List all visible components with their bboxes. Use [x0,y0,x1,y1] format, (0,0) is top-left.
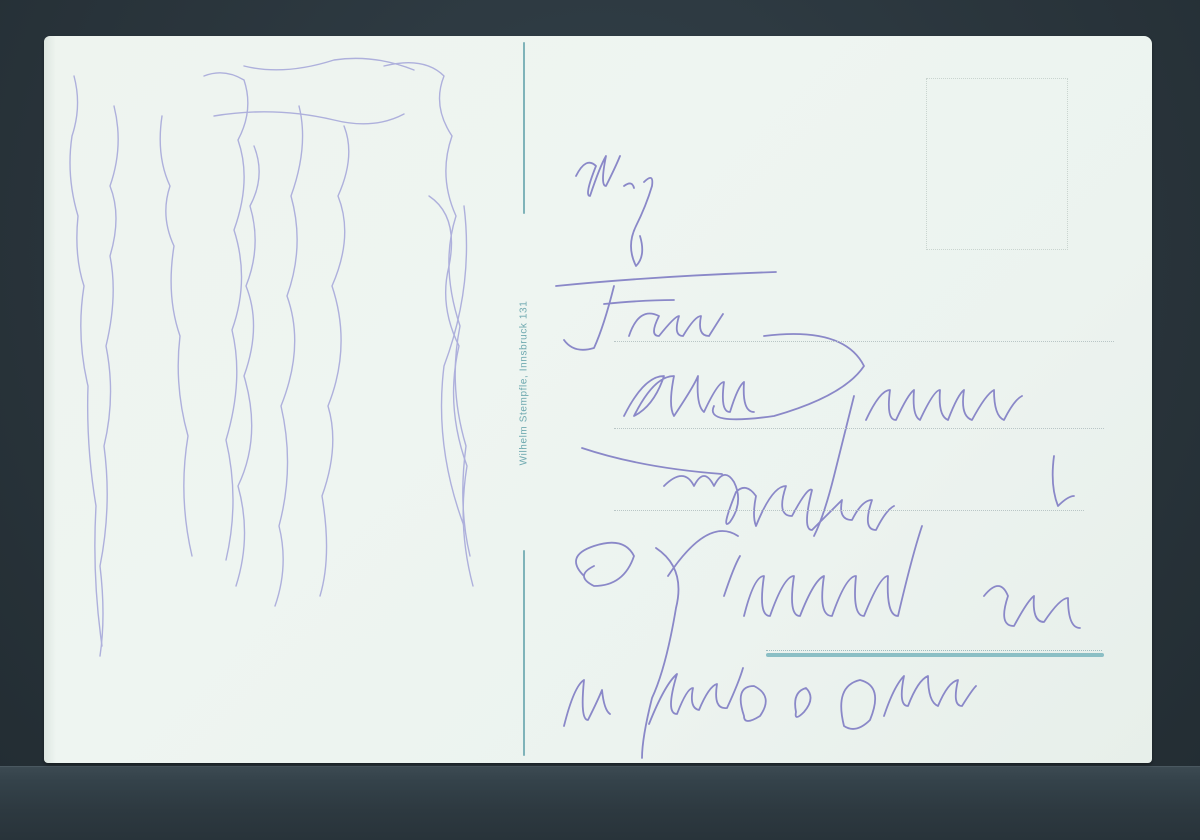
message-handwriting [70,58,473,656]
address-line-4 [766,650,1102,651]
center-divider-line-top [523,42,525,214]
center-divider-line-bottom [523,550,525,756]
address-line-1 [614,341,1114,342]
address-line-3 [614,510,1084,511]
address-line-2 [614,428,1104,429]
foreground-edge [0,766,1200,840]
address-underline [766,653,1104,657]
postcard: Wilhelm Stempfle, Innsbruck 131 Wohlg. F… [44,36,1152,763]
stamp-placeholder-box [926,78,1068,250]
printer-imprint: Wilhelm Stempfle, Innsbruck 131 [519,301,530,466]
